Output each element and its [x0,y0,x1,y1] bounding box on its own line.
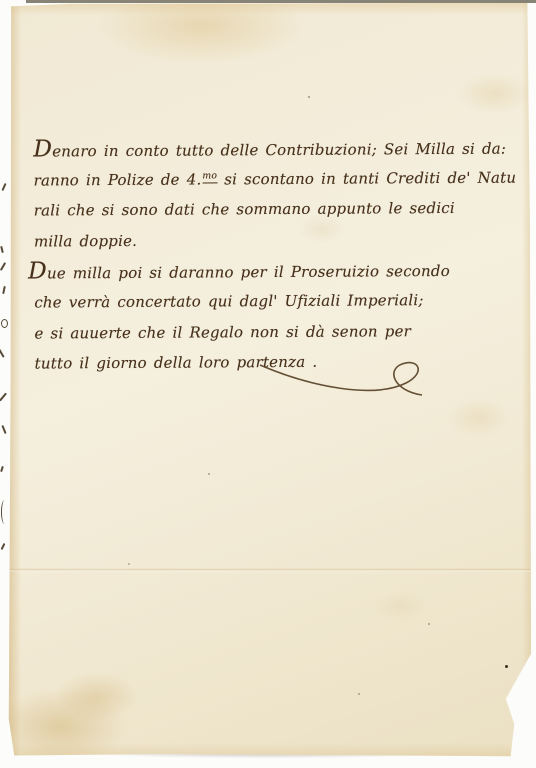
paper-speck [358,693,360,695]
ink-bleed-mark [1,500,8,524]
manuscript-page: Denaro in conto tutto delle Contribuzion… [8,3,531,757]
pen-flourish [256,355,456,407]
paper-speck [428,623,430,625]
paper-speck [128,563,130,565]
ink-bleed-mark [1,425,6,434]
ink-speck [505,665,508,668]
paper-speck [308,96,310,98]
manuscript-line-3: rali che si sono dati che sommano appunt… [34,193,520,227]
line-2-end: si scontano in tanti Crediti de' Natu [217,168,516,188]
left-edge-ink-bleed [0,0,10,768]
paper-speck [208,473,210,475]
scan-background: Denaro in conto tutto delle Contribuzion… [0,0,536,768]
ink-bleed-mark [0,466,4,472]
manuscript-text: Denaro in conto tutto delle Contribuzion… [33,132,520,380]
scan-edge-artifact [26,0,536,3]
ink-bleed-mark [2,286,6,294]
manuscript-line-4: milla doppie. [34,223,520,257]
fold-crease [8,568,531,572]
manuscript-line-5: Due milla poi si daranno per il Proserui… [28,254,520,288]
manuscript-line-7: e si auuerte che il Regalo non si dà sen… [34,315,520,349]
ink-bleed-mark [1,183,6,191]
manuscript-line-2: ranno in Polize de 4.mo si scontano in t… [33,162,519,196]
ink-bleed-mark [0,347,5,358]
manuscript-line-6: che verrà concertato qui dagl' Ufiziali … [34,284,520,318]
ink-bleed-mark [1,543,6,550]
ink-bleed-mark [0,393,7,402]
line-2-start: ranno in Polize de 4. [33,170,201,189]
manuscript-line-1: Denaro in conto tutto delle Contribuzion… [33,132,519,166]
ink-bleed-mark [0,262,6,271]
superscript-ordinal: mo [202,170,217,183]
ink-bleed-mark [1,319,8,328]
ink-bleed-mark [0,246,4,253]
